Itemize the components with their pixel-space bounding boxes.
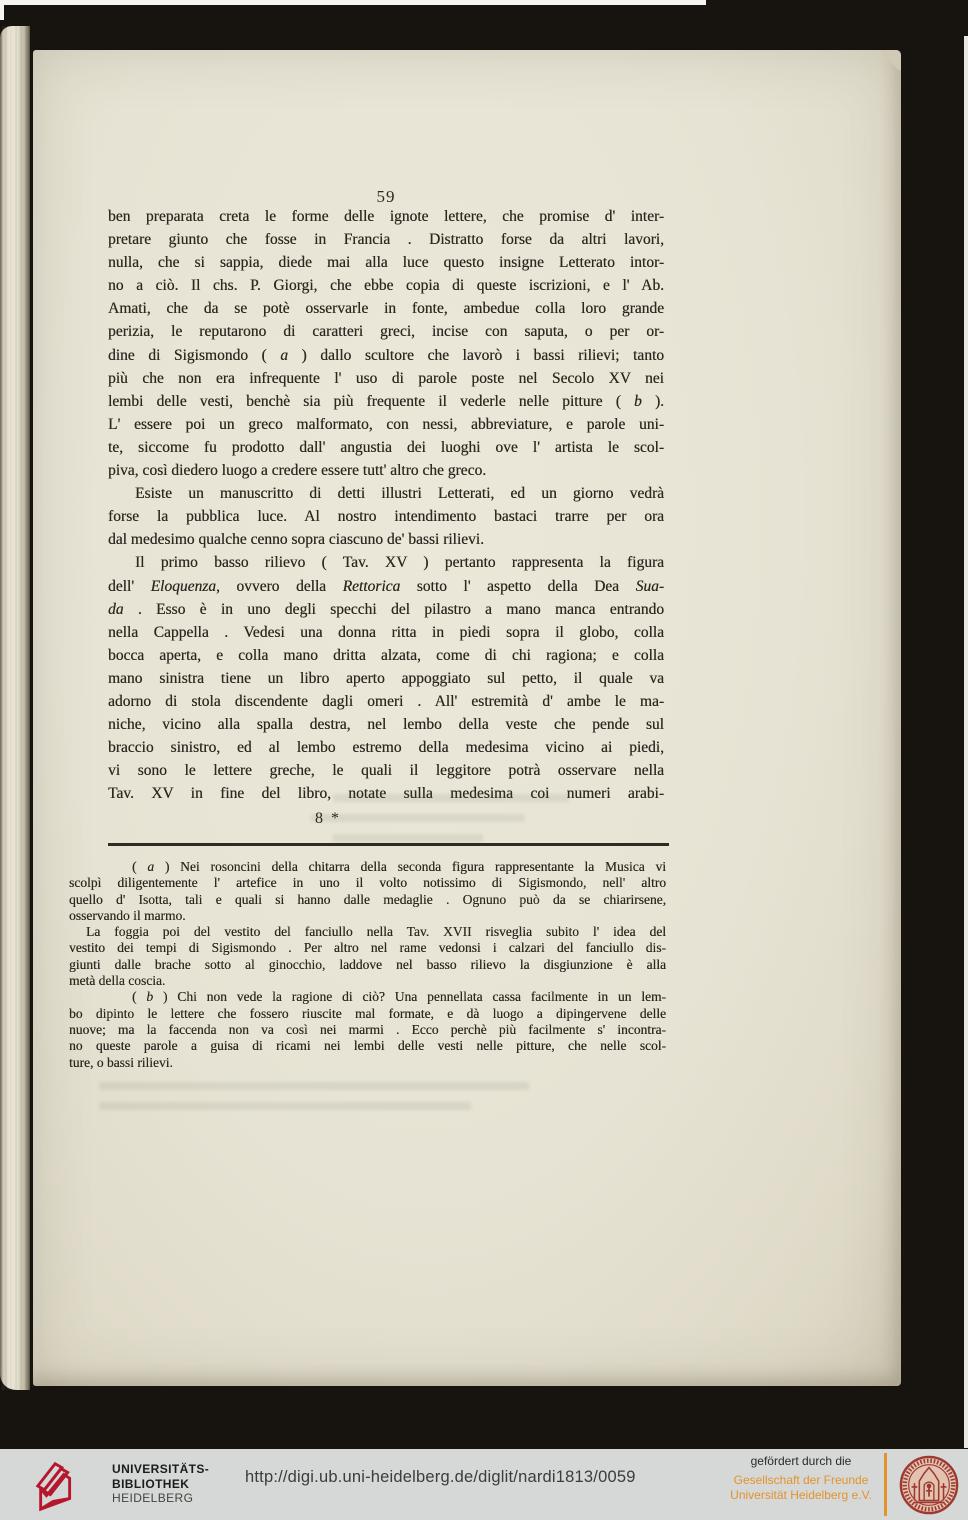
- text-line: dine di Sigismondo ( a ) dallo scultore …: [108, 344, 664, 367]
- text-line: adorno di stola discendente dagli omeri …: [108, 690, 664, 713]
- text-line: bocca aperta, e colla mano dritta alzata…: [108, 644, 664, 667]
- text-line: da . Esso è in uno degli specchi del pil…: [108, 598, 664, 621]
- text-line: Amati, che da se potè osservarle in font…: [108, 297, 664, 320]
- text-line: mano sinistra tiene un libro aperto appo…: [108, 667, 664, 690]
- body-text: ben preparata creta le forme delle ignot…: [108, 205, 664, 805]
- text-line: braccio sinistro, ed al lembo estremo de…: [108, 736, 664, 759]
- library-name-line3: HEIDELBERG: [112, 1491, 209, 1506]
- text-line: metà della coscia.: [69, 973, 666, 989]
- text-line: scolpì diligentemente l' artefice in uno…: [69, 875, 666, 891]
- funding-prefix: gefördert durch die: [712, 1454, 890, 1469]
- funding-note: gefördert durch die Gesellschaft der Fre…: [712, 1454, 890, 1503]
- scan-edge-strip-top: [0, 0, 706, 5]
- page-number: 59: [108, 187, 664, 207]
- library-name-line1: UNIVERSITÄTS-: [112, 1462, 209, 1477]
- text-line: dell' Eloquenza, ovvero della Rettorica …: [108, 575, 664, 598]
- text-line: ( a ) Nei rosoncini della chitarra della…: [69, 859, 666, 875]
- text-line: vi sono le lettere greche, le quali il l…: [108, 759, 664, 782]
- page-corner-fold: [875, 50, 901, 70]
- bleedthrough-mark: [99, 1082, 529, 1090]
- footnotes: ( a ) Nei rosoncini della chitarra della…: [69, 859, 666, 1071]
- text-line: pretare giunto che fosse in Francia . Di…: [108, 228, 664, 251]
- text-line: lembi delle vesti, benchè sia più freque…: [108, 390, 664, 413]
- footer-bar: UNIVERSITÄTS- BIBLIOTHEK HEIDELBERG http…: [0, 1449, 968, 1520]
- text-line: nulla, che si sappia, diede mai alla luc…: [108, 251, 664, 274]
- text-line: Esiste un manuscritto di detti illustri …: [108, 482, 664, 505]
- text-line: osservando il marmo.: [69, 908, 666, 924]
- footnote-separator: [108, 843, 669, 846]
- scanned-book-page-viewer: 59 ben preparata creta le forme delle ig…: [0, 0, 968, 1520]
- text-line: forse la pubblica luce. Al nostro intend…: [108, 505, 664, 528]
- funding-org-line2: Universität Heidelberg e.V.: [712, 1488, 890, 1503]
- scan-edge-strip-corner: [0, 0, 4, 20]
- text-line: ture, o bassi rilievi.: [69, 1055, 666, 1071]
- book-fore-edge: [0, 26, 30, 1390]
- text-line: piva, così diedero luogo a credere esser…: [108, 459, 664, 482]
- university-seal-icon: [898, 1454, 960, 1516]
- bleedthrough-mark: [99, 1102, 471, 1110]
- text-line: perizia, le reputarono di caratteri grec…: [108, 320, 664, 343]
- text-line: dal medesimo qualche cenno sopra ciascun…: [108, 528, 664, 551]
- bleedthrough-mark: [333, 834, 483, 842]
- ub-heidelberg-logo-icon: [30, 1457, 88, 1513]
- text-line: no a ciò. Il chs. P. Giorgi, che ebbe co…: [108, 274, 664, 297]
- text-line: Il primo basso rilievo ( Tav. XV ) perta…: [108, 551, 664, 574]
- scan-edge-strip-right: [964, 36, 968, 1448]
- bleedthrough-mark: [333, 794, 569, 802]
- text-line: bo dipinto le lettere che fossero riusci…: [69, 1006, 666, 1022]
- text-line: vestito dei tempi di Sigismondo . Per al…: [69, 940, 666, 956]
- library-name-line2: BIBLIOTHEK: [112, 1477, 209, 1492]
- text-line: L' essere poi un greco malformato, con n…: [108, 413, 664, 436]
- text-line: nella Cappella . Vedesi una donna ritta …: [108, 621, 664, 644]
- text-line: niche, vicino alla spalla destra, nel le…: [108, 713, 664, 736]
- text-line: te, siccome fu prodotto dall' angustia d…: [108, 436, 664, 459]
- text-line: ben preparata creta le forme delle ignot…: [108, 205, 664, 228]
- divider-line: [884, 1453, 887, 1516]
- text-line: ( b ) Chi non vede la ragione di ciò? Un…: [69, 989, 666, 1005]
- text-line: nuove; ma la faccenda non va così nei ma…: [69, 1022, 666, 1038]
- text-line: quello d' Isotta, tali e quali si hanno …: [69, 892, 666, 908]
- library-name: UNIVERSITÄTS- BIBLIOTHEK HEIDELBERG: [112, 1462, 209, 1506]
- signature-mark: 8 *: [273, 810, 383, 828]
- text-line: più che non era infrequente l' uso di pa…: [108, 367, 664, 390]
- funding-org-line1: Gesellschaft der Freunde: [712, 1473, 890, 1488]
- text-line: La foggia poi del vestito del fanciullo …: [69, 924, 666, 940]
- scan-page: 59 ben preparata creta le forme delle ig…: [33, 50, 901, 1386]
- document-url: http://digi.ub.uni-heidelberg.de/diglit/…: [245, 1468, 636, 1487]
- text-line: giunti dalle brache sotto al ginocchio, …: [69, 957, 666, 973]
- text-line: no queste parole a guisa di ricami nei l…: [69, 1038, 666, 1054]
